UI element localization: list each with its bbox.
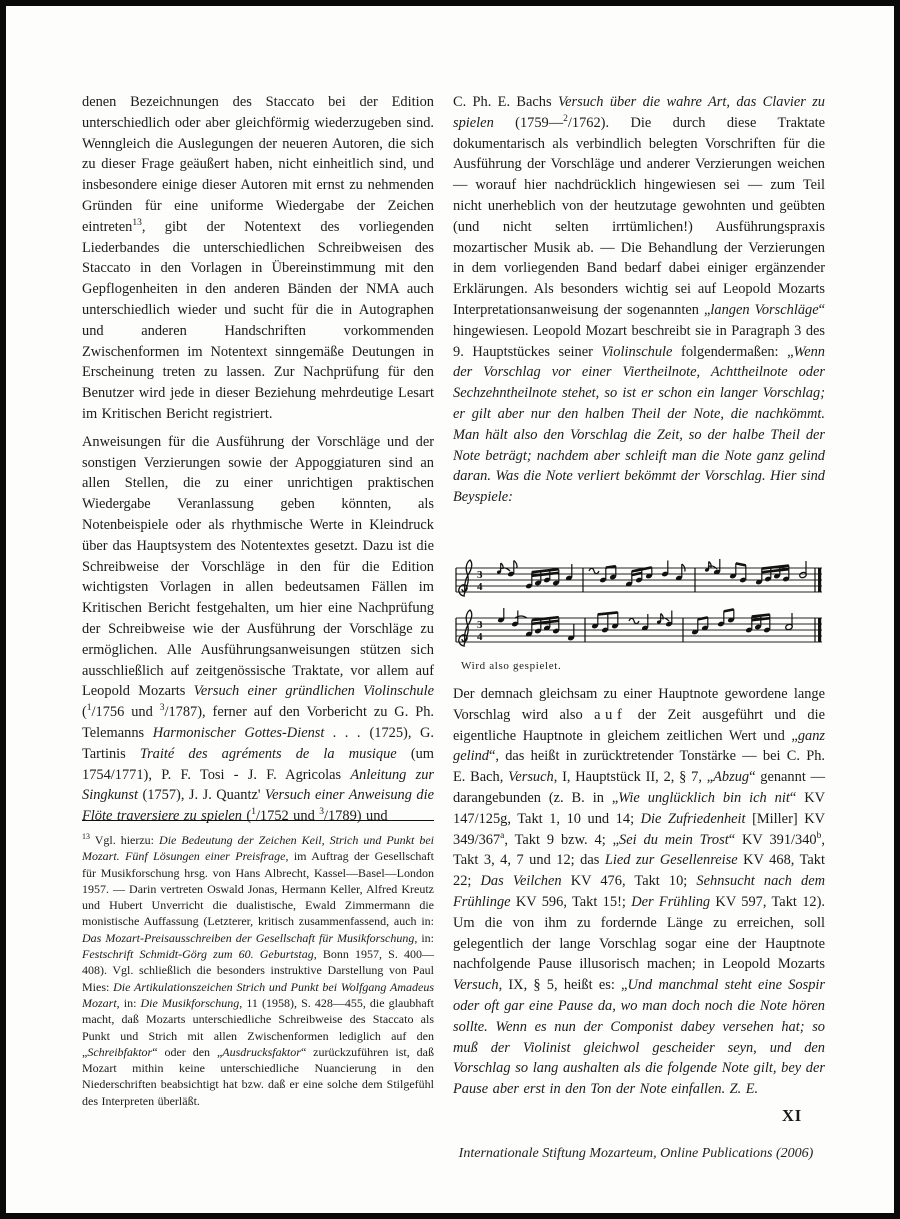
music-caption: Wird also gespielet. (461, 660, 825, 672)
treble-clef-icon (459, 560, 472, 596)
svg-text:4: 4 (477, 631, 483, 643)
left-column: denen Bezeichnungen des Staccato bei der… (82, 92, 434, 834)
paragraph: Anweisungen für die Ausführung der Vorsc… (82, 432, 434, 827)
svg-text:3: 3 (477, 569, 483, 581)
paragraph: C. Ph. E. Bachs Versuch über die wahre A… (453, 92, 825, 508)
document-page: denen Bezeichnungen des Staccato bei der… (0, 0, 900, 1219)
music-staff-2: 34 (453, 608, 825, 658)
svg-text:3: 3 (477, 619, 483, 631)
page-number: XI (782, 1106, 802, 1126)
right-column: C. Ph. E. Bachs Versuch über die wahre A… (453, 92, 825, 515)
paragraph: Der demnach gleichsam zu einer Hauptnote… (453, 684, 825, 1100)
svg-text:4: 4 (477, 581, 483, 593)
footnote-13: 13 Vgl. hierzu: Die Bedeutung der Zeiche… (82, 832, 434, 1109)
music-staff-1: 34 (453, 558, 825, 608)
paragraph: denen Bezeichnungen des Staccato bei der… (82, 92, 434, 425)
footer-credit: Internationale Stiftung Mozarteum, Onlin… (376, 1146, 896, 1162)
footnote-rule (82, 820, 434, 821)
right-column-lower: Der demnach gleichsam zu einer Hauptnote… (453, 684, 825, 1107)
treble-clef-icon (459, 610, 472, 646)
music-example: 34 (453, 558, 825, 672)
